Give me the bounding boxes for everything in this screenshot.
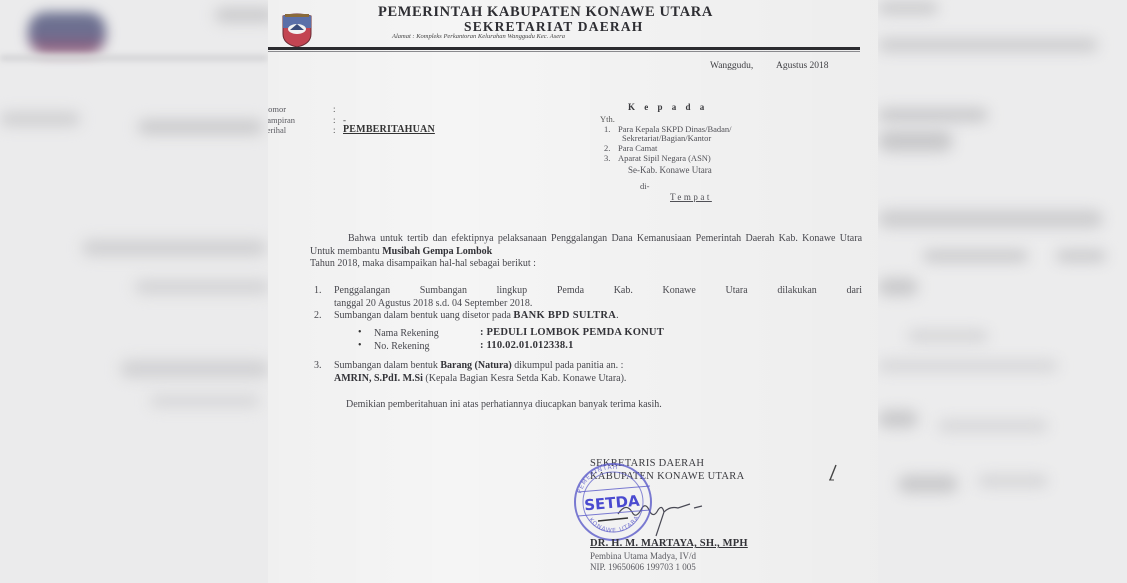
blurred-background-right: [878, 0, 1127, 583]
recipients-yth: Yth.: [600, 114, 615, 124]
blurred-text: [878, 278, 918, 296]
account-name-value: : PEDULI LOMBOK PEMDA KONUT: [480, 327, 664, 338]
blurred-logo: [28, 12, 106, 54]
recipient-num-1: 1.: [604, 124, 610, 134]
blurred-text: [215, 8, 268, 22]
blurred-text: [82, 240, 267, 256]
blurred-text: [898, 475, 958, 493]
point-3-line1: Sumbangan dalam bentuk Barang (Natura) d…: [334, 360, 623, 371]
blurred-rule: [0, 55, 268, 61]
natura-highlight: Barang (Natura): [440, 360, 511, 371]
point-1-line2: tanggal 20 Agustus 2018 s.d. 04 Septembe…: [334, 298, 862, 311]
committee-contact: AMRIN, S.PdI. M.Si: [334, 373, 423, 384]
blurred-text: [878, 360, 1058, 372]
point-1-line1: Penggalangan Sumbangan lingkup Pemda Kab…: [334, 285, 862, 298]
signatory-nip: NIP. 19650606 199703 1 005: [590, 562, 696, 572]
point-2: Sumbangan dalam bentuk uang disetor pada…: [334, 310, 619, 321]
regency-coat-of-arms-icon: [280, 12, 314, 48]
perihal-value: PEMBERITAHUAN: [343, 124, 435, 135]
letterhead-divider-thin: [268, 51, 860, 52]
closing-sentence: Demikian pemberitahuan ini atas perhatia…: [346, 399, 662, 410]
blurred-text: [120, 360, 268, 378]
point-3-line2: AMRIN, S.PdI. M.Si (Kepala Bagian Kesra …: [334, 373, 626, 384]
account-name-label: Nama Rekening: [374, 328, 439, 339]
recipient-3: Aparat Sipil Negara (ASN): [618, 153, 711, 163]
recipients-heading: K e p a d a: [628, 102, 708, 112]
blurred-text: [938, 420, 1048, 432]
bank-name: BANK BPD SULTRA: [513, 310, 616, 321]
account-number-label: No. Rekening: [374, 341, 430, 352]
signatory-name: DR. H. M. MARTAYA, SH., MPH: [590, 538, 748, 549]
blurred-text: [878, 210, 1103, 228]
recipients-tempat: Tempat: [670, 192, 712, 202]
blurred-text: [878, 108, 988, 122]
point-2-text: Sumbangan dalam bentuk uang disetor pada: [334, 310, 513, 321]
intro-paragraph: Bahwa untuk tertib dan efektipnya pelaks…: [310, 233, 862, 271]
bullet-icon: •: [358, 327, 362, 338]
blurred-text: [135, 280, 268, 294]
svg-text:KONAWE UTARA: KONAWE UTARA: [587, 514, 641, 534]
nomor-label: Nomor: [268, 104, 286, 114]
recipients-region: Se-Kab. Konawe Utara: [628, 165, 712, 175]
recipient-num-2: 2.: [604, 143, 610, 153]
blurred-text: [1056, 250, 1106, 262]
blurred-rule: [878, 38, 1098, 52]
blurred-text: [150, 395, 260, 407]
stamp-text: SETDA: [584, 492, 641, 515]
stamp-ring-bottom: KONAWE UTARA: [587, 514, 641, 534]
blurred-text: [878, 410, 918, 428]
official-stamp: PEMERINTAH KONAWE UTARA SETDA: [568, 458, 658, 543]
intro-line1: Bahwa untuk tertib dan efektipnya pelaks…: [348, 233, 691, 244]
intro-line3: Tahun 2018, maka disampaikan hal-hal seb…: [310, 258, 536, 269]
letter-document: PEMERINTAH KABUPATEN KONAWE UTARA SEKRET…: [268, 0, 878, 583]
initial-mark-icon: [828, 464, 838, 482]
blurred-text: [978, 475, 1048, 487]
letterhead-address: Alamat : Kompleks Perkantoran Kelurahan …: [392, 33, 565, 40]
blurred-text: [923, 250, 1028, 262]
nomor-colon: :: [333, 104, 336, 114]
blurred-text: [878, 2, 938, 14]
point-num-3: 3.: [314, 360, 322, 371]
account-number-value: : 110.02.01.012338.1: [480, 340, 574, 351]
perihal-colon: :: [333, 125, 336, 135]
lampiran-colon: :: [333, 115, 336, 125]
signatory-rank: Pembina Utama Madya, IV/d: [590, 551, 696, 561]
point-1-text: Penggalangan Sumbangan lingkup Pemda Kab…: [334, 285, 862, 310]
perihal-label: Perihal: [268, 125, 286, 135]
intro-highlight: Musibah Gempa Lombok: [382, 246, 492, 257]
blurred-background-left: [0, 0, 268, 583]
lampiran-label: Lampiran: [268, 115, 295, 125]
recipient-2: Para Camat: [618, 143, 657, 153]
letter-date: Agustus 2018: [776, 61, 829, 71]
recipient-1-cont: Sekretariat/Bagian/Kantor: [622, 133, 711, 143]
recipient-num-3: 3.: [604, 153, 610, 163]
letterhead-divider: [268, 47, 860, 50]
blurred-text: [0, 112, 80, 126]
blurred-text: [878, 130, 953, 152]
letter-place: Wanggudu,: [710, 61, 753, 71]
point-num-2: 2.: [314, 310, 322, 321]
bullet-icon: •: [358, 340, 362, 351]
blurred-text: [138, 120, 263, 134]
blurred-text: [908, 330, 988, 342]
recipients-di: di-: [640, 181, 649, 191]
